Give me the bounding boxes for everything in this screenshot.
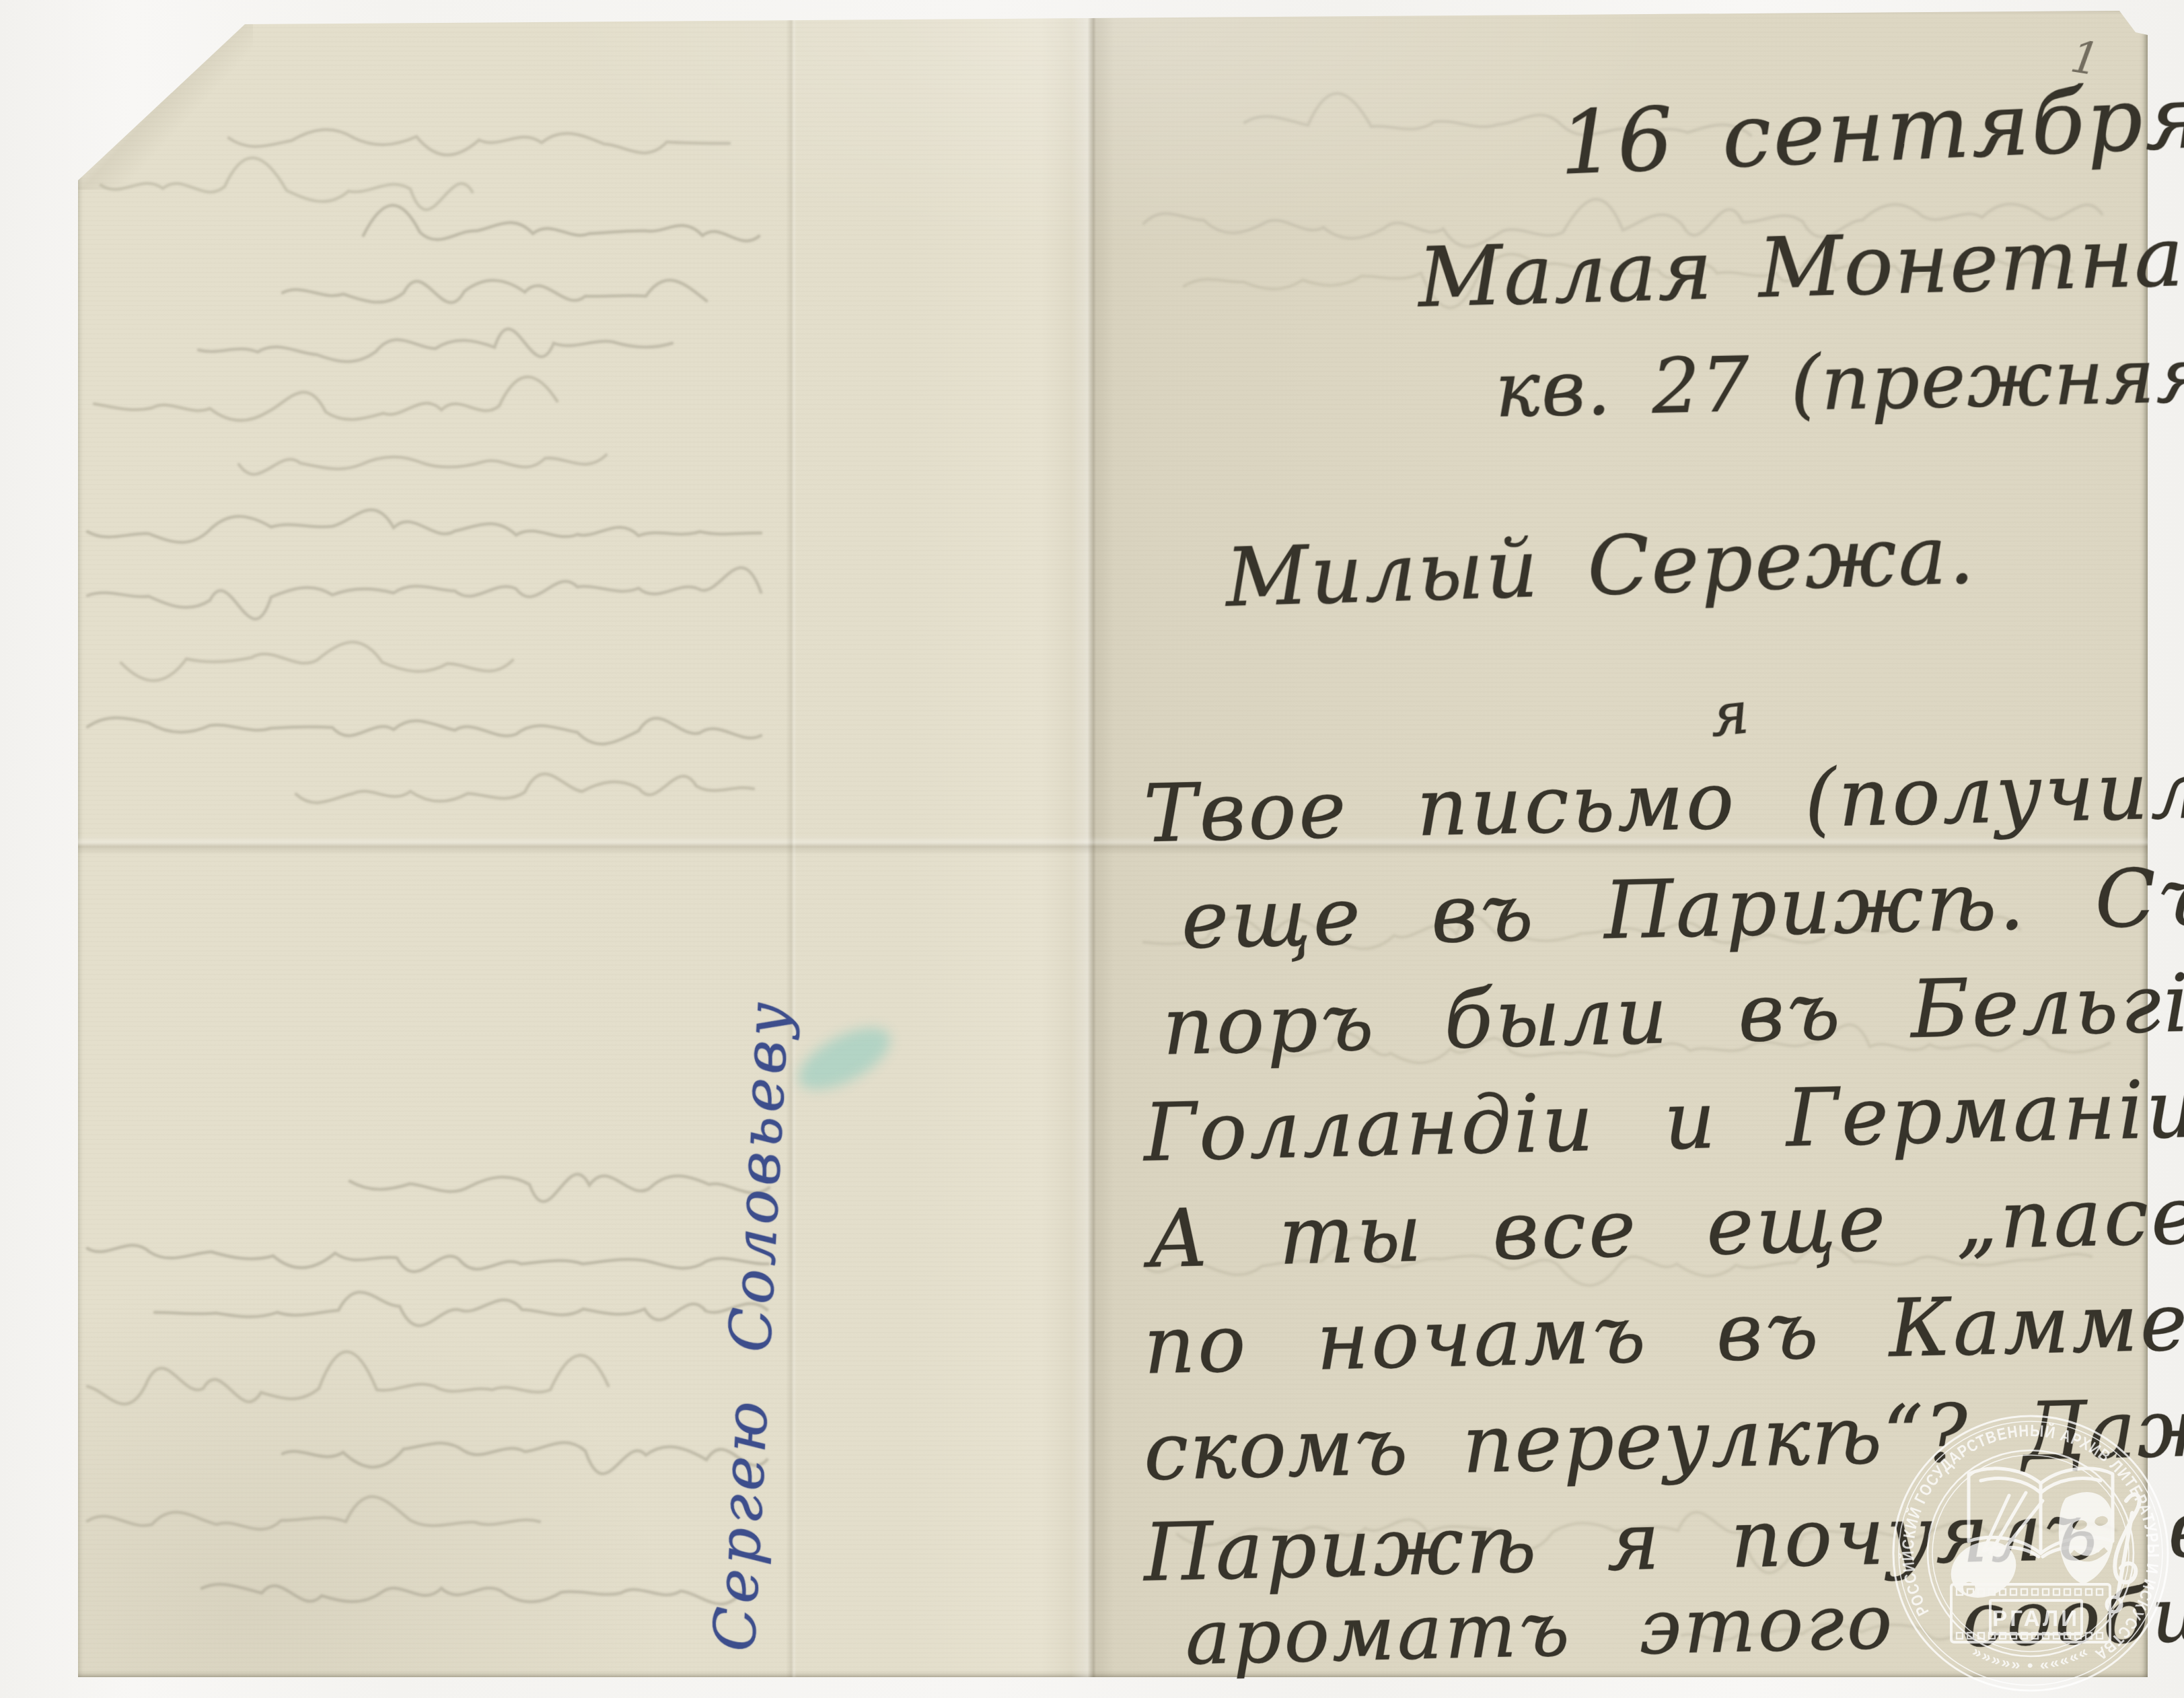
greeting-line: Милый Сережа.: [1225, 515, 1977, 619]
address-line-2: кв. 27 (прежняя).: [1494, 337, 2184, 428]
archive-watermark-stamp: РОССИЙСКИЙ ГОСУДАРСТВЕННЫЙ АРХИВ ЛИТЕРАТ…: [1889, 1412, 2172, 1695]
body-line: поръ были въ Бельгіи,: [1162, 962, 2184, 1066]
stamp-mask-icon: [2059, 1492, 2115, 1584]
scanned-letter-page: 16 сентября 1911. Малая Монетная 9, кв. …: [0, 0, 2184, 1698]
inserted-word-above-line: я: [1708, 684, 1752, 745]
stamp-abbreviation: РГАЛИ: [1992, 1606, 2080, 1631]
body-line: Голландіи и Германіи.: [1143, 1068, 2184, 1172]
body-line: Твое письмо (получилъ: [1143, 748, 2184, 853]
address-line-1: Малая Монетная 9,: [1417, 211, 2184, 319]
